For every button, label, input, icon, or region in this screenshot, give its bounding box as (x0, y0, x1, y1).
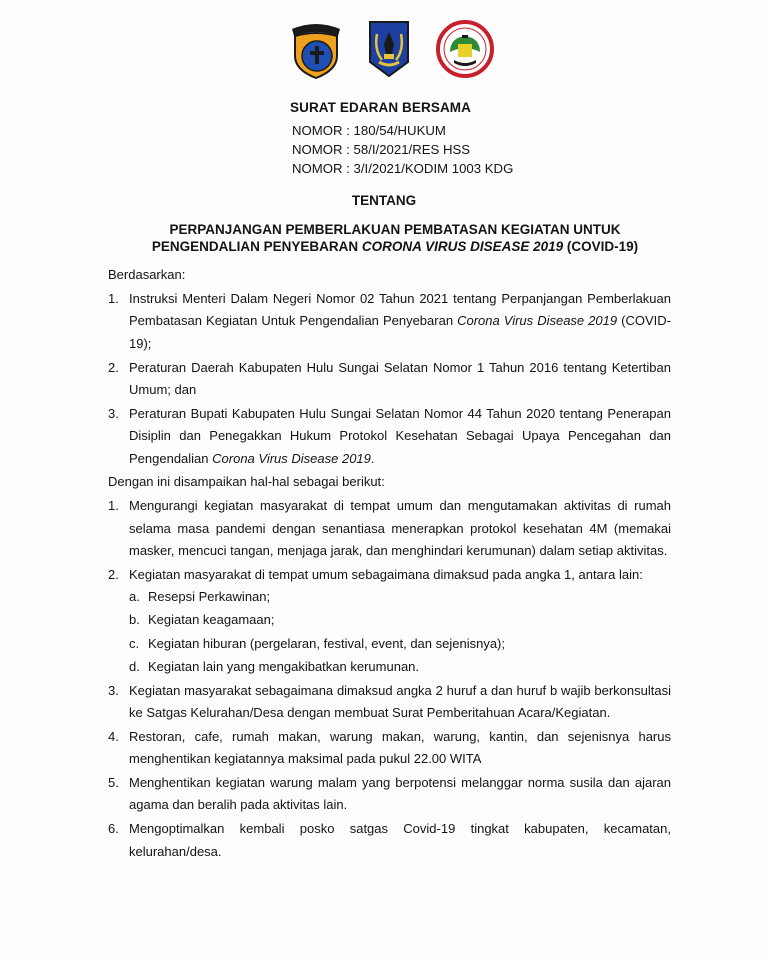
document-body: Berdasarkan: 1. Instruksi Menteri Dalam … (108, 264, 671, 864)
item-text: Mengurangi kegiatan masyarakat di tempat… (129, 498, 671, 558)
provision-item: 3. Kegiatan masyarakat sebagaimana dimak… (108, 680, 671, 725)
legal-basis-item: 2. Peraturan Daerah Kabupaten Hulu Sunga… (108, 357, 671, 402)
item-number: 1. (108, 288, 119, 310)
legal-basis-list: 1. Instruksi Menteri Dalam Negeri Nomor … (108, 288, 671, 470)
provision-item: 1. Mengurangi kegiatan masyarakat di tem… (108, 495, 671, 562)
subitem-text: Kegiatan lain yang mengakibatkan kerumun… (148, 659, 419, 674)
legal-basis-intro: Berdasarkan: (108, 264, 671, 286)
item-number: 1. (108, 495, 119, 517)
provision-item: 5. Menghentikan kegiatan warung malam ya… (108, 772, 671, 817)
provisions-list: 1. Mengurangi kegiatan masyarakat di tem… (108, 495, 671, 863)
provision-item: 6. Mengoptimalkan kembali posko satgas C… (108, 818, 671, 863)
reference-numbers: NOMOR : 180/54/HUKUM NOMOR : 58/I/2021/R… (292, 121, 513, 178)
item-text: Restoran, cafe, rumah makan, warung maka… (129, 729, 671, 766)
subject-italic-text: CORONA VIRUS DISEASE 2019 (362, 239, 563, 254)
regency-emblem-icon (368, 20, 410, 78)
subitem-text: Resepsi Perkawinan; (148, 589, 270, 604)
item-text: Kegiatan masyarakat sebagaimana dimaksud… (129, 683, 671, 720)
item-number: 3. (108, 403, 119, 425)
subitem-text: Kegiatan hiburan (pergelaran, festival, … (148, 636, 505, 651)
subitem-letter: c. (129, 633, 139, 655)
provision-item: 2. Kegiatan masyarakat di tempat umum se… (108, 564, 671, 678)
item-italic-text: Corona Virus Disease 2019 (457, 313, 617, 328)
item-text: Kegiatan masyarakat di tempat umum sebag… (129, 567, 643, 582)
provisions-intro: Dengan ini disampaikan hal-hal sebagai b… (108, 471, 671, 493)
legal-basis-item: 1. Instruksi Menteri Dalam Negeri Nomor … (108, 288, 671, 355)
provision-subitem: c.Kegiatan hiburan (pergelaran, festival… (129, 633, 671, 655)
item-number: 2. (108, 357, 119, 379)
subitem-letter: a. (129, 586, 140, 608)
kodim-emblem-icon (436, 20, 494, 78)
subitem-text: Kegiatan keagamaan; (148, 612, 274, 627)
document-page: SURAT EDARAN BERSAMA NOMOR : 180/54/HUKU… (0, 0, 768, 960)
subitem-letter: b. (129, 609, 140, 631)
subject-heading: PERPANJANGAN PEMBERLAKUAN PEMBATASAN KEG… (100, 221, 690, 255)
item-text: Peraturan Daerah Kabupaten Hulu Sungai S… (129, 360, 671, 397)
provision-item: 4. Restoran, cafe, rumah makan, warung m… (108, 726, 671, 771)
item-number: 3. (108, 680, 119, 702)
police-emblem-icon (288, 20, 344, 80)
provision-subitem: d.Kegiatan lain yang mengakibatkan kerum… (129, 656, 671, 678)
subject-text: (COVID-19) (563, 239, 638, 254)
subject-line: PENGENDALIAN PENYEBARAN CORONA VIRUS DIS… (100, 238, 690, 255)
subitem-letter: d. (129, 656, 140, 678)
logo-row (0, 20, 768, 82)
item-number: 5. (108, 772, 119, 794)
reference-number: NOMOR : 3/I/2021/KODIM 1003 KDG (292, 159, 513, 178)
reference-number: NOMOR : 180/54/HUKUM (292, 121, 513, 140)
provision-subitem: a.Resepsi Perkawinan; (129, 586, 671, 608)
item-text: Mengoptimalkan kembali posko satgas Covi… (129, 821, 671, 858)
item-number: 4. (108, 726, 119, 748)
provision-sublist: a.Resepsi Perkawinan; b.Kegiatan keagama… (129, 586, 671, 678)
item-text: Menghentikan kegiatan warung malam yang … (129, 775, 671, 812)
item-number: 6. (108, 818, 119, 840)
item-number: 2. (108, 564, 119, 586)
subject-text: PENGENDALIAN PENYEBARAN (152, 239, 362, 254)
legal-basis-item: 3. Peraturan Bupati Kabupaten Hulu Sunga… (108, 403, 671, 470)
item-text: . (371, 451, 375, 466)
provision-subitem: b.Kegiatan keagamaan; (129, 609, 671, 631)
subject-line: PERPANJANGAN PEMBERLAKUAN PEMBATASAN KEG… (100, 221, 690, 238)
item-text: Peraturan Bupati Kabupaten Hulu Sungai S… (129, 406, 671, 466)
document-title: SURAT EDARAN BERSAMA (290, 100, 471, 115)
item-italic-text: Corona Virus Disease 2019 (212, 451, 371, 466)
about-heading: TENTANG (0, 193, 768, 208)
reference-number: NOMOR : 58/I/2021/RES HSS (292, 140, 513, 159)
